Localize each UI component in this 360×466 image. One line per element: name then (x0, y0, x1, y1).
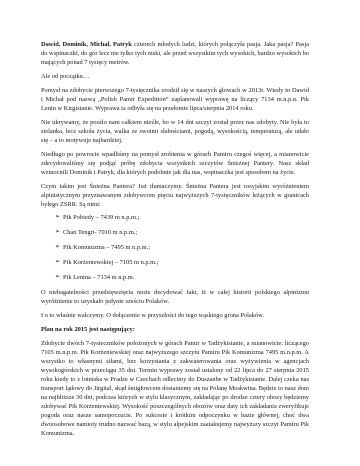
plan-heading: Plan na rok 2015 jest następujący: (41, 325, 309, 334)
start-paragraph: Ale od początku… (41, 72, 309, 81)
next-goal-paragraph: Niedługo po powrocie wpadliśmy na pomysł… (41, 150, 309, 177)
rarity-paragraph: O niebagatelności przedsięwzięcia może d… (41, 288, 309, 306)
arrow-bullet-icon: ➢ (55, 273, 63, 282)
list-item: ➢Pik Lenina – 7134 m n.p.m. (55, 273, 309, 284)
peaks-list: ➢Pik Pobiedy – 7439 m n.p.m.; ➢Chan Teng… (41, 213, 309, 284)
arrow-bullet-icon: ➢ (55, 213, 63, 222)
list-item: ➢Chan Tengri- 7010 m n.p.m.; (55, 228, 309, 243)
team-names: Dawid, Dominik, Michał, Patryk (41, 41, 132, 48)
list-item: ➢Pik Pobiedy – 7439 m n.p.m.; (55, 213, 309, 228)
plan-paragraph: Zdobycie dwóch 7-tysieczników położonych… (41, 339, 309, 438)
arrow-bullet-icon: ➢ (55, 258, 63, 267)
intro-paragraph: Dawid, Dominik, Michał, Patryk czterech … (41, 40, 309, 67)
document-page: Dawid, Dominik, Michał, Patryk czterech … (41, 40, 309, 443)
list-item: ➢Pik Korżeniewskiej – 7105 m n.p.m.; (55, 258, 309, 273)
arrow-bullet-icon: ➢ (55, 243, 63, 252)
list-item: ➢Pik Komunizma – 7495 m n.p.m.; (55, 243, 309, 258)
fight-paragraph: I o to właśnie walczymy. O dołączenie w … (41, 311, 309, 320)
snow-leopard-paragraph: Czym takim jest Śnieżna Pantera? Już tłu… (41, 182, 309, 209)
idea-paragraph: Pomysł na zdobycie pierwszego 7-tysięczn… (41, 86, 309, 113)
success-paragraph: Nie ukrywamy, że poszło nam całkiem nieź… (41, 118, 309, 145)
arrow-bullet-icon: ➢ (55, 228, 63, 237)
